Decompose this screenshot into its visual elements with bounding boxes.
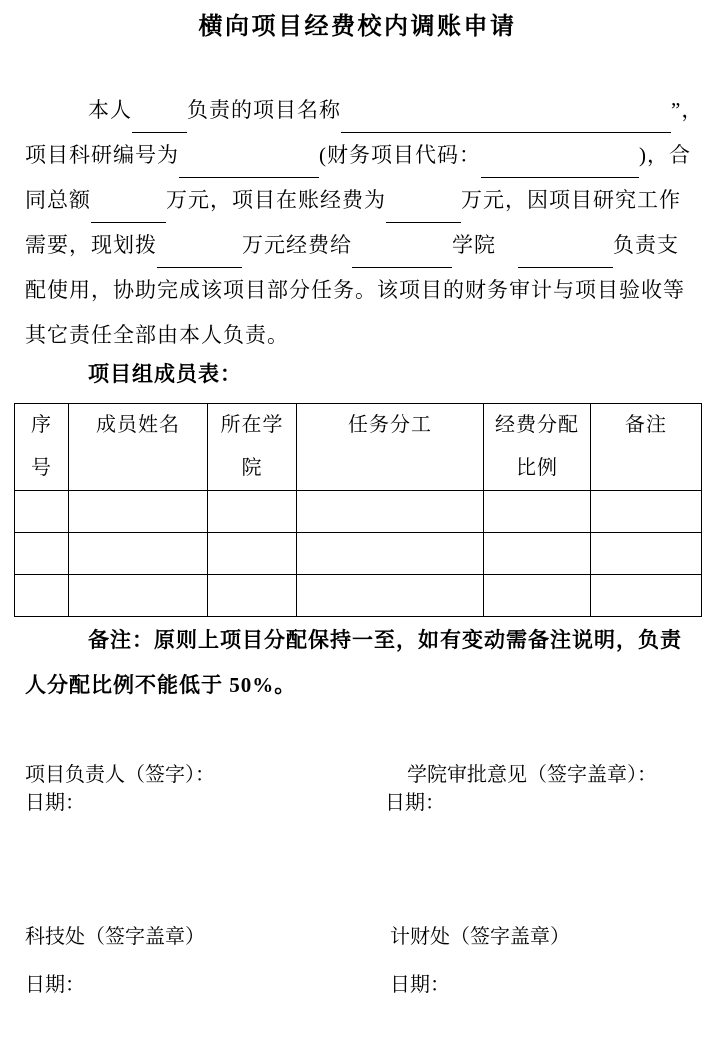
members-table-heading: 项目组成员表：	[88, 358, 242, 388]
table-cell	[208, 575, 297, 617]
line4-mid2: 学院	[452, 233, 496, 257]
table-row	[15, 575, 702, 617]
line2-pre: 项目科研编号为	[25, 143, 179, 167]
note-line-2: 人分配比例不能低于 50%。	[25, 663, 693, 708]
paragraph-line-3: 同总额万元，项目在账经费为万元，因项目研究工作	[25, 178, 693, 223]
table-cell	[297, 533, 484, 575]
line1-end: ”，	[671, 98, 703, 122]
paragraph-line-5: 配使用，协助完成该项目部分任务。该项目的财务审计与项目验收等	[25, 268, 693, 313]
table-cell	[484, 575, 591, 617]
project-leader-date-label: 日期：	[25, 786, 85, 815]
table-row	[15, 491, 702, 533]
contract-total-blank	[91, 198, 166, 223]
line2-mid: (财务项目代码：	[319, 143, 481, 167]
table-cell	[591, 533, 702, 575]
college-approval-date-label: 日期：	[385, 786, 445, 815]
note-line-1-text: 备注：原则上项目分配保持一至，如有变动需备注说明，负责	[88, 628, 682, 652]
line2-end: )，合	[639, 143, 691, 167]
research-number-blank	[179, 153, 319, 178]
table-cell	[591, 491, 702, 533]
members-table-body	[15, 491, 702, 617]
table-cell	[69, 575, 208, 617]
paragraph-line-2: 项目科研编号为(财务项目代码：)，合	[25, 133, 693, 178]
science-tech-office-label: 科技处（签字盖章）	[25, 920, 205, 949]
project-name-blank	[341, 108, 671, 133]
finance-office-date-label: 日期：	[390, 968, 450, 997]
line1-mid: 负责的项目名称	[187, 98, 341, 122]
header-remarks: 备注	[591, 404, 702, 491]
finance-code-blank	[481, 153, 639, 178]
header-college: 所在学 院	[208, 404, 297, 491]
project-leader-signature-label: 项目负责人（签字）：	[25, 758, 215, 787]
table-cell	[208, 491, 297, 533]
table-cell	[297, 491, 484, 533]
table-row	[15, 533, 702, 575]
paragraph-line-6: 其它责任全部由本人负责。	[25, 313, 693, 358]
header-member-name: 成员姓名	[69, 404, 208, 491]
table-cell	[208, 533, 297, 575]
table-cell	[484, 491, 591, 533]
table-cell	[69, 491, 208, 533]
application-paragraph: 本人负责的项目名称”， 项目科研编号为(财务项目代码：)，合 同总额万元，项目在…	[25, 88, 693, 358]
note-line-1: 备注：原则上项目分配保持一至，如有变动需备注说明，负责	[25, 618, 693, 663]
table-cell	[297, 575, 484, 617]
document-page: 横向项目经费校内调账申请 本人负责的项目名称”， 项目科研编号为(财务项目代码：…	[0, 0, 715, 1042]
table-header-row: 序 号 成员姓名 所在学 院 任务分工 经费分配 比例 备注	[15, 404, 702, 491]
table-cell	[15, 575, 69, 617]
table-cell	[15, 491, 69, 533]
table-cell	[69, 533, 208, 575]
college-name-blank	[352, 243, 452, 268]
account-balance-blank	[386, 198, 461, 223]
line1-pre: 本人	[88, 98, 132, 122]
line3-pre: 同总额	[25, 188, 91, 212]
header-funding-ratio: 经费分配 比例	[484, 404, 591, 491]
science-tech-office-date-label: 日期：	[25, 968, 85, 997]
table-cell	[591, 575, 702, 617]
line4-mid: 万元经费给	[242, 233, 352, 257]
page-title: 横向项目经费校内调账申请	[0, 6, 715, 41]
members-table: 序 号 成员姓名 所在学 院 任务分工 经费分配 比例 备注	[14, 403, 702, 617]
line3-mid: 万元，项目在账经费为	[166, 188, 386, 212]
transfer-amount-blank	[157, 243, 242, 268]
college-approval-label: 学院审批意见（签字盖章）：	[407, 758, 657, 787]
line4-end: 负责支	[613, 233, 679, 257]
applicant-name-blank	[132, 108, 187, 133]
header-serial-number: 序 号	[15, 404, 69, 491]
line4-pre: 需要，现划拨	[25, 233, 157, 257]
paragraph-line-4: 需要，现划拨万元经费给学院负责支	[25, 223, 693, 268]
responsible-person-blank	[518, 243, 613, 268]
table-cell	[484, 533, 591, 575]
paragraph-line-1: 本人负责的项目名称”，	[25, 88, 693, 133]
line3-end: 万元，因项目研究工作	[461, 188, 681, 212]
header-task-division: 任务分工	[297, 404, 484, 491]
table-cell	[15, 533, 69, 575]
finance-office-label: 计财处（签字盖章）	[390, 920, 570, 949]
